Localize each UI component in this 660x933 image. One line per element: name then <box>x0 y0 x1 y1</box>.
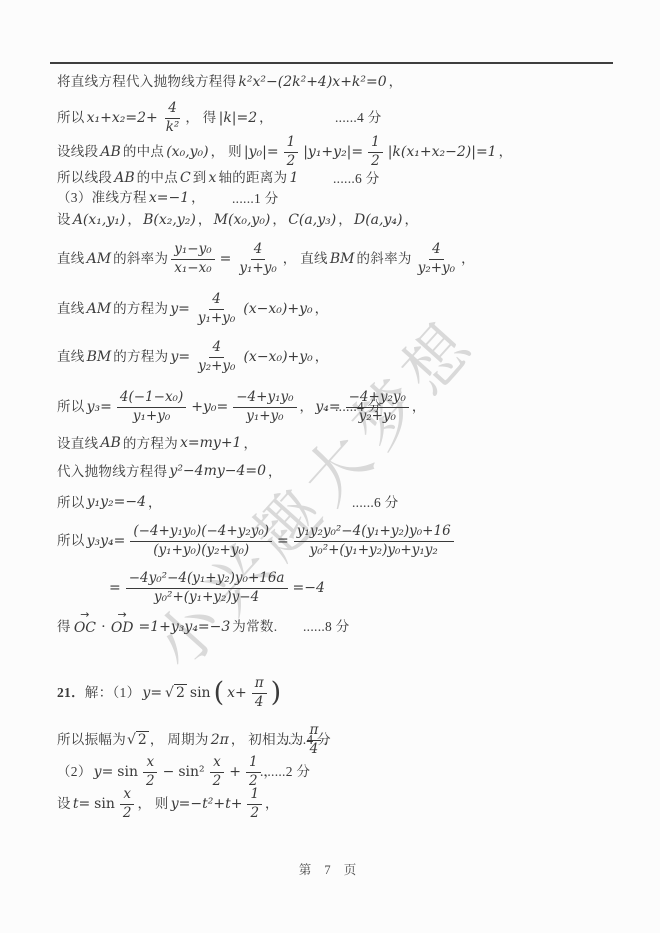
content-line: （3）准线方程x=−1，......1 分 <box>57 189 617 208</box>
math-run: t= <box>73 795 90 814</box>
denominator: y₁+y₀ <box>236 260 279 277</box>
text-run: 所以振幅为 <box>57 731 126 749</box>
math-run: +y₀= <box>191 398 228 417</box>
text-run: 所以 <box>57 109 85 127</box>
text-run: ， <box>127 211 141 229</box>
fraction: x2 <box>210 755 225 789</box>
text-run: 为常数. <box>232 618 277 636</box>
math-run: (x−x₀)+y₀ <box>243 348 312 367</box>
math-run: B(x₂,y₂) <box>143 211 196 230</box>
content-line: （2）y=sinx2−sin²x2+12，.......2 分 <box>57 755 617 789</box>
content-line: 21．解：（1）y=√2sin(x+π4) <box>57 676 617 710</box>
numerator: 1 <box>368 135 383 153</box>
fraction: 4(−1−x₀)y₁+y₀ <box>117 390 186 424</box>
score-mark: ......6 分 <box>333 169 380 187</box>
text-run: ， <box>315 348 329 366</box>
text-run: ， 得 <box>185 109 216 127</box>
text-run: 解：（1） <box>85 684 141 702</box>
numerator: 4 <box>165 101 180 119</box>
denominator: 4 <box>252 694 267 711</box>
numerator: x <box>120 787 134 805</box>
fraction: 4y₁+y₀ <box>195 292 238 326</box>
math-run: y=−t²+t+ <box>171 795 243 814</box>
math-run: =−4 <box>293 579 325 598</box>
math-run: (x₀,y₀) <box>166 143 208 162</box>
math-run: |y₀|= <box>244 143 279 162</box>
math-function: sin² <box>178 763 204 782</box>
radicand: 2 <box>174 684 187 701</box>
text-run: （3）准线方程 <box>57 189 147 207</box>
fraction: 4y₂+y₀ <box>195 340 238 374</box>
denominator: y₁+y₀ <box>195 310 238 327</box>
text-run: 所以 <box>57 532 85 550</box>
math-run: A(x₁,y₁) <box>73 211 126 230</box>
text-run: ， <box>412 398 426 416</box>
vector-symbol: OD <box>111 616 134 638</box>
content-line: 所以x₁+x₂=2+4k²， 得|k|=2，......4 分 <box>57 101 617 135</box>
sqrt-expression: √2 <box>127 731 149 750</box>
denominator: k² <box>163 119 183 136</box>
text-run: ， 则 <box>137 795 168 813</box>
content-line: 所以振幅为√2， 周期为2π， 初相为为π4.........4 分 <box>57 723 617 757</box>
text-run: 的方程为 <box>113 300 168 318</box>
content-lines: 将直线方程代入抛物线方程得k²x²−(2k²+4)x+k²=0，所以x₁+x₂=… <box>57 68 617 821</box>
math-run: = <box>220 250 232 269</box>
text-run: ， <box>259 109 273 127</box>
math-run: y= <box>142 684 162 703</box>
radicand: 2 <box>136 731 149 748</box>
denominator: 2 <box>368 153 383 170</box>
text-run: ， <box>499 143 513 161</box>
text-run: 设 <box>57 795 71 813</box>
text-run: 直线 <box>57 300 85 318</box>
score-mark: ........4 分 <box>277 731 331 749</box>
text-run: 得 <box>57 618 71 636</box>
text-run: 的方程为 <box>123 435 178 453</box>
denominator: 2 <box>284 153 299 170</box>
score-mark: ......8 分 <box>303 618 350 636</box>
fraction: 12 <box>284 135 299 169</box>
math-run: C(a,y₃) <box>288 211 336 230</box>
math-run: x <box>209 169 217 188</box>
numerator: π <box>252 676 267 694</box>
math-run: BM <box>87 348 112 367</box>
text-run: ， <box>315 300 329 318</box>
content-line: 所以y₃=4(−1−x₀)y₁+y₀+y₀=−4+y₁y₀y₁+y₀， y₄=−… <box>57 390 617 424</box>
content-line: 直线BM的方程为y=4y₂+y₀(x−x₀)+y₀， <box>57 340 617 374</box>
numerator: y₁−y₀ <box>171 242 214 260</box>
math-run: C <box>180 169 191 188</box>
content-line: 所以y₁y₂=−4，......6 分 <box>57 493 617 512</box>
math-run: D(a,y₄) <box>354 211 402 230</box>
score-mark: ......4 分 <box>335 398 382 416</box>
text-run: 的中点 <box>137 169 178 187</box>
math-function: sin <box>117 763 138 782</box>
numerator: 4(−1−x₀) <box>117 390 186 408</box>
numerator: 1 <box>247 787 262 805</box>
text-run: ， <box>272 211 286 229</box>
math-run: − <box>163 763 175 782</box>
math-run: y₃y₄= <box>87 532 126 551</box>
denominator: y₂+y₀ <box>415 260 458 277</box>
math-run: (x−x₀)+y₀ <box>243 300 312 319</box>
denominator: y₂+y₀ <box>195 358 238 375</box>
math-run: x=−1 <box>149 189 189 208</box>
text-run: 直线 <box>57 250 85 268</box>
text-run: 所以线段 <box>57 169 112 187</box>
text-run: ， <box>338 211 352 229</box>
fraction: 12 <box>246 755 261 789</box>
score-mark: ......4 分 <box>335 109 382 127</box>
denominator: 2 <box>120 805 135 822</box>
fraction: 12 <box>247 787 262 821</box>
text-run: 的斜率为 <box>113 250 168 268</box>
text-run: ， <box>191 189 205 207</box>
math-run: = <box>277 532 289 551</box>
math-run: AM <box>87 250 111 269</box>
content-line: =−4y₀²−4(y₁+y₂)y₀+16ay₀²+(y₁+y₂)y−4=−4 <box>57 571 617 605</box>
content-line: 直线AM的方程为y=4y₁+y₀(x−x₀)+y₀， <box>57 292 617 326</box>
math-run: |y₁+y₂|= <box>303 143 363 162</box>
numerator: 4 <box>429 242 444 260</box>
content-line: 代入抛物线方程得y²−4my−4=0， <box>57 462 617 481</box>
content-line: 所以y₃y₄=(−4+y₁y₀)(−4+y₂y₀)(y₁+y₀)(y₂+y₀)=… <box>57 524 617 558</box>
score-mark: ......1 分 <box>232 189 279 207</box>
numerator: −4+y₁y₀ <box>233 390 296 408</box>
text-run: 所以 <box>57 494 85 512</box>
text-run: 的中点 <box>123 143 164 161</box>
math-run: =1+y₃y₄=−3 <box>139 618 231 637</box>
text-run: ， <box>243 435 257 453</box>
math-run: y= <box>94 763 114 782</box>
page-footer: 第 7 页 <box>0 860 660 878</box>
text-run: ， <box>265 795 279 813</box>
content-line: 设t=sinx2， 则y=−t²+t+12， <box>57 787 617 821</box>
math-run: x=my+1 <box>180 434 241 453</box>
numerator: x <box>143 755 157 773</box>
text-run: 设 <box>57 211 71 229</box>
text-run: ， <box>389 73 403 91</box>
fraction: x2 <box>143 755 158 789</box>
fraction: (−4+y₁y₀)(−4+y₂y₀)(y₁+y₀)(y₂+y₀) <box>130 524 272 558</box>
fraction: π4 <box>252 676 267 710</box>
vector-symbol: OC <box>74 616 96 638</box>
math-run: y₁y₂=−4 <box>87 493 146 512</box>
content-line: 得OC⋅OD=1+y₃y₄=−3为常数.......8 分 <box>57 616 617 638</box>
math-run: k²x²−(2k²+4)x+k²=0 <box>238 73 386 92</box>
math-run: x₁+x₂=2+ <box>87 109 158 128</box>
math-run: y²−4my−4=0 <box>169 462 266 481</box>
math-function: sin <box>190 684 211 703</box>
numerator: 4 <box>209 340 224 358</box>
text-run: ， <box>404 211 418 229</box>
content-line: 设A(x₁,y₁)， B(x₂,y₂)， M(x₀,y₀)， C(a,y₃)， … <box>57 211 617 230</box>
fraction: 4k² <box>163 101 183 135</box>
text-run: 所以 <box>57 398 85 416</box>
fraction: x2 <box>120 787 135 821</box>
text-run: 到 <box>193 169 207 187</box>
numerator: 4 <box>209 292 224 310</box>
math-run: M(x₀,y₀) <box>214 211 271 230</box>
content-line: 直线AM的斜率为y₁−y₀x₁−x₀=4y₁+y₀， 直线BM的斜率为4y₂+y… <box>57 242 617 276</box>
math-run: |k(x₁+x₂−2)|=1 <box>388 143 497 162</box>
denominator: (y₁+y₀)(y₂+y₀) <box>150 542 252 559</box>
math-run: ⋅ <box>101 618 106 637</box>
text-run: ， <box>461 250 475 268</box>
text-run: 轴的距离为 <box>218 169 287 187</box>
score-mark: .......2 分 <box>260 763 310 781</box>
text-run: ， 直线 <box>283 250 328 268</box>
numerator: 1 <box>246 755 261 773</box>
math-run: x+ <box>227 684 247 703</box>
text-run: 设直线 <box>57 435 98 453</box>
problem-number: 21． <box>57 684 85 702</box>
text-run: （2） <box>57 763 92 781</box>
denominator: y₀²+(y₁+y₂)y−4 <box>151 589 262 606</box>
math-run: y= <box>170 300 190 319</box>
content-line: 所以线段AB的中点C到x轴的距离为1......6 分 <box>57 169 617 188</box>
math-run: = <box>109 579 121 598</box>
fraction: −4+y₁y₀y₁+y₀ <box>233 390 296 424</box>
text-run: ， 则 <box>211 143 242 161</box>
numerator: y₁y₂y₀²−4(y₁+y₂)y₀+16 <box>294 524 454 542</box>
text-run: ， <box>300 398 314 416</box>
denominator: y₁+y₀ <box>130 408 173 425</box>
text-run: ， <box>198 211 212 229</box>
numerator: −4y₀²−4(y₁+y₂)y₀+16a <box>126 571 288 589</box>
numerator: (−4+y₁y₀)(−4+y₂y₀) <box>130 524 272 542</box>
numerator: 4 <box>251 242 266 260</box>
math-run: AB <box>100 434 120 453</box>
math-function: sin <box>94 795 115 814</box>
denominator: y₀²+(y₁+y₂)y₀+y₁y₂ <box>307 542 441 559</box>
sqrt-expression: √2 <box>165 684 187 703</box>
numerator: 1 <box>284 135 299 153</box>
text-run: 将直线方程代入抛物线方程得 <box>57 73 236 91</box>
fraction: y₁−y₀x₁−x₀ <box>171 242 214 276</box>
header-rule <box>50 62 613 64</box>
content-line: 设直线AB的方程为x=my+1， <box>57 434 617 453</box>
math-run: |k|=2 <box>219 109 258 128</box>
text-run: ， <box>268 463 282 481</box>
text-run: 设线段 <box>57 143 98 161</box>
math-run: y₃= <box>87 398 112 417</box>
fraction: y₁y₂y₀²−4(y₁+y₂)y₀+16y₀²+(y₁+y₂)y₀+y₁y₂ <box>294 524 454 558</box>
math-run: BM <box>330 250 355 269</box>
text-run: ， 周期为 <box>150 731 209 749</box>
content-line: 将直线方程代入抛物线方程得k²x²−(2k²+4)x+k²=0， <box>57 73 617 92</box>
math-run: 2π <box>211 731 229 750</box>
denominator: 2 <box>247 805 262 822</box>
text-run: ， <box>148 494 162 512</box>
text-run: 的方程为 <box>113 348 168 366</box>
fraction: −4y₀²−4(y₁+y₂)y₀+16ay₀²+(y₁+y₂)y−4 <box>126 571 288 605</box>
math-run: 1 <box>289 169 298 188</box>
math-run: AB <box>114 169 134 188</box>
numerator: x <box>210 755 224 773</box>
fraction: 4y₁+y₀ <box>236 242 279 276</box>
text-run: 的斜率为 <box>356 250 411 268</box>
math-run: + <box>229 763 241 782</box>
math-run: AB <box>100 143 120 162</box>
content-line: 设线段AB的中点(x₀,y₀)， 则|y₀|=12|y₁+y₂|=12|k(x₁… <box>57 135 617 169</box>
denominator: y₁+y₀ <box>243 408 286 425</box>
text-run: 代入抛物线方程得 <box>57 463 167 481</box>
math-run: y= <box>170 348 190 367</box>
fraction: 4y₂+y₀ <box>415 242 458 276</box>
text-run: 直线 <box>57 348 85 366</box>
denominator: x₁−x₀ <box>171 260 214 277</box>
score-mark: ......6 分 <box>352 494 399 512</box>
fraction: 12 <box>368 135 383 169</box>
math-run: AM <box>87 300 111 319</box>
